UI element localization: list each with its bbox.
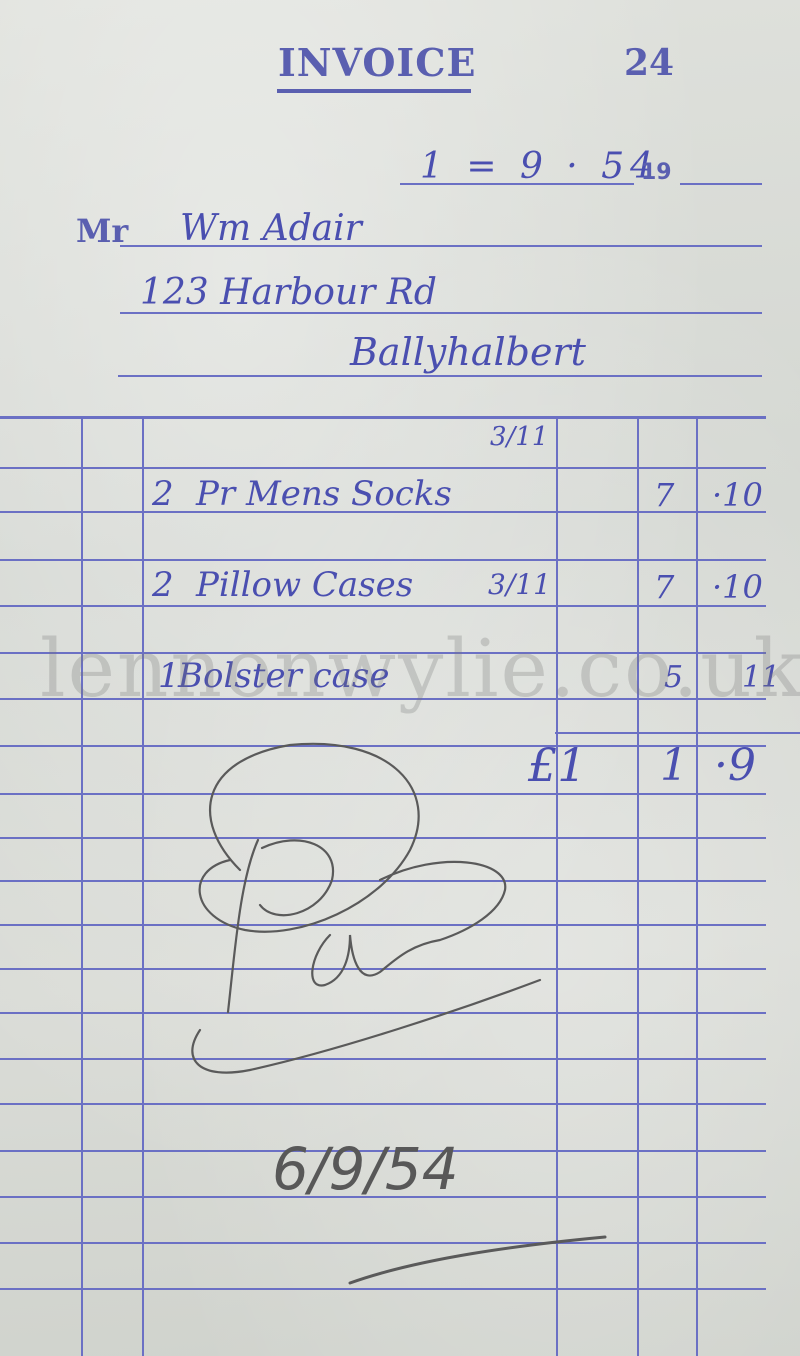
paid-date-underline-icon: [0, 0, 800, 1356]
